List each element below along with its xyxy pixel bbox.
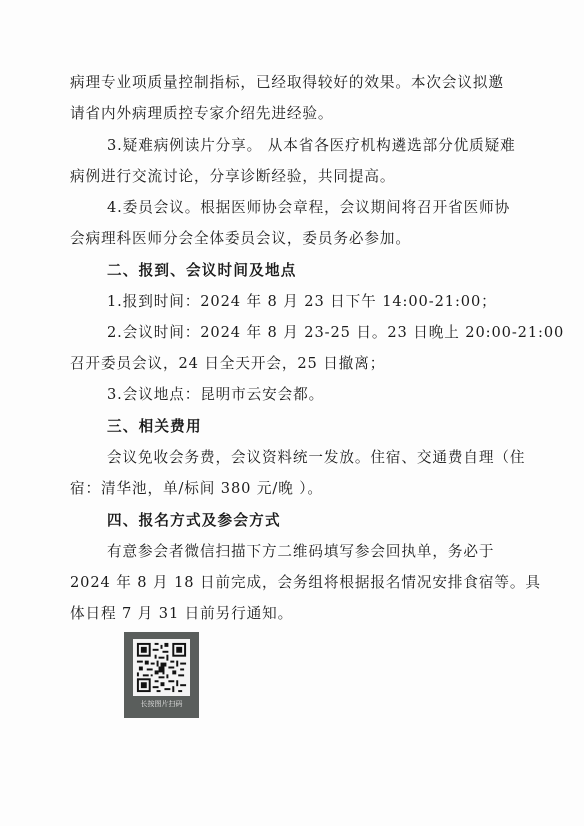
paragraph-line: 4.委员会议。根据医师协会章程，会议期间将召开省医师协 [107, 198, 557, 218]
paragraph-line: 3.疑难病例读片分享。 从本省各医疗机构遴选部分优质疑难 [107, 136, 557, 156]
paragraph-line: 宿：清华池，单/标间 380 元/晚 ）。 [70, 479, 520, 499]
paragraph-line: 病例进行交流讨论，分享诊断经验，共同提高。 [70, 167, 520, 187]
paragraph-line: 3.会议地点：昆明市云安会都。 [107, 385, 557, 405]
paragraph-line: 请省内外病理质控专家介绍先进经验。 [70, 104, 520, 124]
paragraph-line: 2024 年 8 月 18 日前完成，会务组将根据报名情况安排食宿等。具 [70, 573, 520, 593]
paragraph-line: 病理专业项质量控制指标，已经取得较好的效果。本次会议拟邀 [70, 73, 520, 93]
section-heading-fees: 三、相关费用 [107, 417, 557, 437]
section-heading-registration: 二、报到、会议时间及地点 [107, 261, 557, 281]
qr-code-caption: 长按图片扫码 [124, 699, 199, 709]
paragraph-line: 1.报到时间：2024 年 8 月 23 日下午 14:00-21:00； [107, 292, 557, 312]
paragraph-line: 2.会议时间：2024 年 8 月 23-25 日。23 日晚上 20:00-2… [107, 323, 557, 343]
section-heading-registration-method: 四、报名方式及参会方式 [107, 511, 557, 531]
qr-code-card[interactable]: 长按图片扫码 [124, 632, 199, 718]
paragraph-line: 会议免收会务费，会议资料统一发放。住宿、交通费自理（住 [107, 448, 557, 468]
paragraph-line: 有意参会者微信扫描下方二维码填写参会回执单，务必于 [107, 542, 557, 562]
document-page: 病理专业项质量控制指标，已经取得较好的效果。本次会议拟邀 请省内外病理质控专家介… [0, 0, 584, 826]
qr-code-icon[interactable] [133, 639, 190, 696]
paragraph-line: 体日程 7 月 31 日前另行通知。 [70, 604, 520, 624]
paragraph-line: 召开委员会议，24 日全天开会，25 日撤离； [70, 354, 520, 374]
paragraph-line: 会病理科医师分会全体委员会议，委员务必参加。 [70, 229, 520, 249]
